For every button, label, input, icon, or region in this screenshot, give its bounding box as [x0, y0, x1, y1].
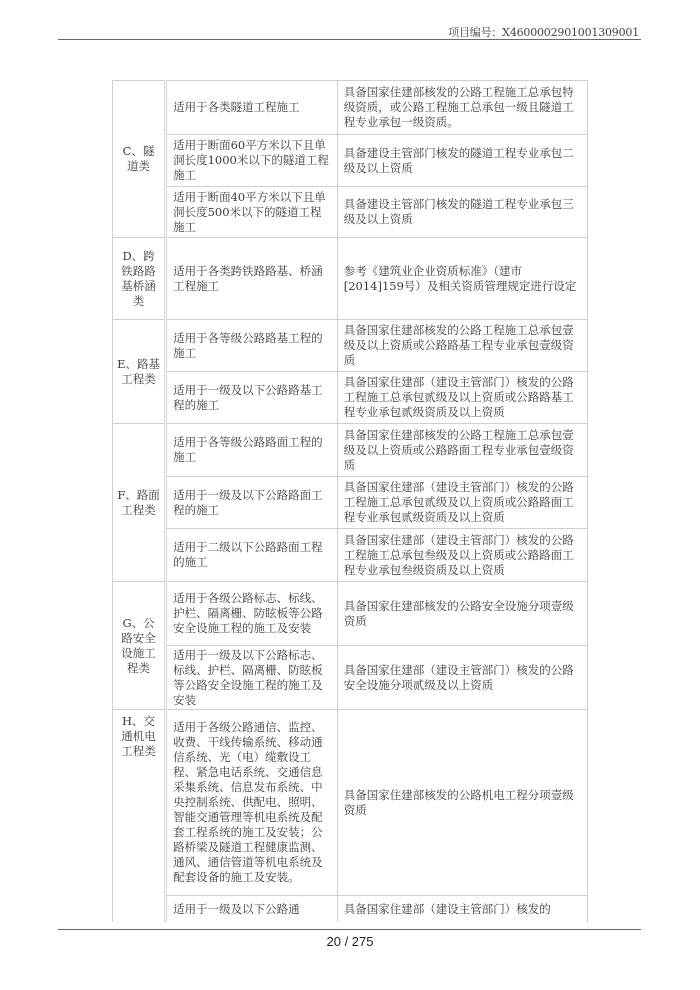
- requirement-cell: 具备建设主管部门核发的隧道工程专业承包二级及以上资质: [337, 135, 587, 187]
- requirement-cell: 具备国家住建部核发的公路工程施工总承包壹级及以上资质或公路路面工程专业承包壹级资…: [337, 424, 587, 477]
- requirement-cell: 具备国家住建部核发的公路机电工程分项壹级资质: [337, 710, 587, 896]
- table-row: 适用于一级及以下公路路基工程的施工 具备国家住建部（建设主管部门）核发的公路工程…: [113, 372, 588, 424]
- requirement-cell: 具备国家住建部（建设主管部门）核发的公路安全设施分项贰级及以上资质: [337, 646, 587, 710]
- scope-cell: 适用于各等级公路路面工程的施工: [166, 424, 338, 477]
- table-row: 适用于一级及以下公路路面工程的施工 具备国家住建部（建设主管部门）核发的公路工程…: [113, 477, 588, 529]
- requirement-cell: 具备国家住建部（建设主管部门）核发的公路工程施工总承包贰级及以上资质或公路路基工…: [337, 372, 587, 424]
- category-cell: E、路基工程类: [113, 320, 166, 424]
- category-cell: F、路面工程类: [113, 424, 166, 582]
- table-row: 适用于一级及以下公路标志、标线、护栏、隔离栅、防眩板等公路安全设施工程的施工及安…: [113, 646, 588, 710]
- table-row: H、交通机电工程类 适用于各级公路通信、监控、收费、干线传输系统、移动通信系统、…: [113, 710, 588, 896]
- scope-cell: 适用于二级以下公路路面工程的施工: [166, 529, 338, 582]
- category-cell: H、交通机电工程类: [113, 710, 166, 923]
- table-row: C、隧道类 适用于各类隧道工程施工 具备国家住建部核发的公路工程施工总承包特级资…: [113, 81, 588, 135]
- requirement-cell: 具备国家住建部（建设主管部门）核发的: [337, 896, 587, 923]
- scope-cell: 适用于一级及以下公路标志、标线、护栏、隔离栅、防眩板等公路安全设施工程的施工及安…: [166, 646, 338, 710]
- table-row: 适用于二级以下公路路面工程的施工 具备国家住建部（建设主管部门）核发的公路工程施…: [113, 529, 588, 582]
- table-row: 适用于一级及以下公路通 具备国家住建部（建设主管部门）核发的: [113, 896, 588, 923]
- requirement-cell: 具备国家住建部核发的公路安全设施分项壹级资质: [337, 582, 587, 646]
- requirement-cell: 具备国家住建部（建设主管部门）核发的公路工程施工总承包叁级及以上资质或公路路面工…: [337, 529, 587, 582]
- scope-cell: 适用于断面40平方米以下且单洞长度500米以下的隧道工程施工: [166, 187, 338, 238]
- requirement-cell: 具备国家住建部（建设主管部门）核发的公路工程施工总承包贰级及以上资质或公路路面工…: [337, 477, 587, 529]
- scope-cell: 适用于各级公路标志、标线、护栏、隔离栅、防眩板等公路安全设施工程的施工及安装: [166, 582, 338, 646]
- table-row: G、公路安全设施工程类 适用于各级公路标志、标线、护栏、隔离栅、防眩板等公路安全…: [113, 582, 588, 646]
- table-row: 适用于断面60平方米以下且单洞长度1000米以下的隧道工程施工 具备建设主管部门…: [113, 135, 588, 187]
- requirement-cell: 具备国家住建部核发的公路工程施工总承包壹级及以上资质或公路路基工程专业承包壹级资…: [337, 320, 587, 372]
- category-cell: D、跨铁路路基桥涵类: [113, 238, 166, 320]
- table-row: D、跨铁路路基桥涵类 适用于各类跨铁路路基、桥涵工程施工 参考《建筑业企业资质标…: [113, 238, 588, 320]
- table-row: F、路面工程类 适用于各等级公路路面工程的施工 具备国家住建部核发的公路工程施工…: [113, 424, 588, 477]
- page-header: 项目编号：X4600002901001309001: [58, 22, 641, 40]
- footer-divider: [58, 929, 641, 930]
- scope-cell: 适用于一级及以下公路路面工程的施工: [166, 477, 338, 529]
- scope-cell: 适用于一级及以下公路通: [166, 896, 338, 923]
- requirement-cell: 具备建设主管部门核发的隧道工程专业承包三级及以上资质: [337, 187, 587, 238]
- requirement-cell: 具备国家住建部核发的公路工程施工总承包特级资质，或公路工程施工总承包一级且隧道工…: [337, 81, 587, 135]
- table-row: 适用于断面40平方米以下且单洞长度500米以下的隧道工程施工 具备建设主管部门核…: [113, 187, 588, 238]
- project-number: 项目编号：X4600002901001309001: [448, 24, 639, 40]
- scope-cell: 适用于断面60平方米以下且单洞长度1000米以下的隧道工程施工: [166, 135, 338, 187]
- scope-cell: 适用于各类跨铁路路基、桥涵工程施工: [166, 238, 338, 320]
- scope-cell: 适用于一级及以下公路路基工程的施工: [166, 372, 338, 424]
- requirement-cell: 参考《建筑业企业资质标准》（建市[2014]159号）及相关资质管理规定进行设定: [337, 238, 587, 320]
- page-number: 20 / 275: [0, 934, 700, 949]
- category-cell: C、隧道类: [113, 81, 166, 238]
- qualification-table-container: C、隧道类 适用于各类隧道工程施工 具备国家住建部核发的公路工程施工总承包特级资…: [112, 80, 588, 922]
- scope-cell: 适用于各级公路通信、监控、收费、干线传输系统、移动通信系统、光（电）缆敷设工程、…: [166, 710, 338, 896]
- scope-cell: 适用于各类隧道工程施工: [166, 81, 338, 135]
- category-cell: G、公路安全设施工程类: [113, 582, 166, 710]
- table-row: E、路基工程类 适用于各等级公路路基工程的施工 具备国家住建部核发的公路工程施工…: [113, 320, 588, 372]
- qualification-table: C、隧道类 适用于各类隧道工程施工 具备国家住建部核发的公路工程施工总承包特级资…: [112, 80, 588, 922]
- scope-cell: 适用于各等级公路路基工程的施工: [166, 320, 338, 372]
